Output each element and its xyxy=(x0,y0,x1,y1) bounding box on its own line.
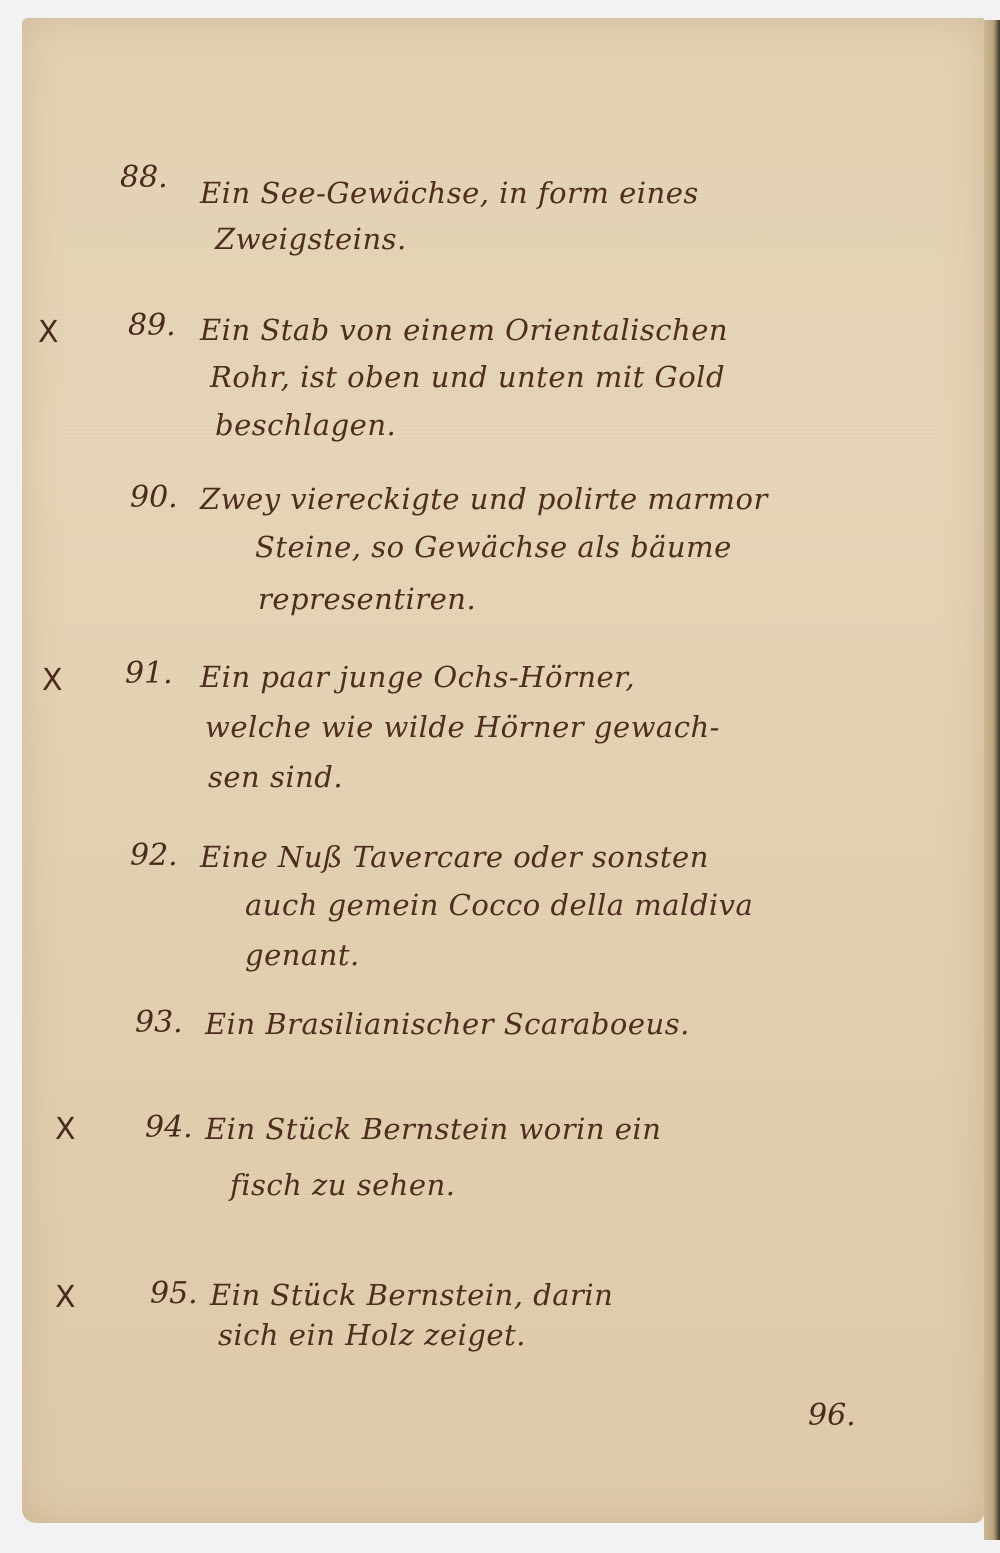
entry-number: 88. xyxy=(120,160,168,195)
entry-number: 93. xyxy=(135,1005,183,1040)
entry-text-line: Ein Stück Bernstein worin ein xyxy=(205,1112,661,1146)
entry-text-line: beschlagen. xyxy=(215,408,396,442)
entry-text-line: Ein Stab von einem Orientalischen xyxy=(200,313,728,347)
entry-text-line: genant. xyxy=(245,938,360,972)
book-binding-edge xyxy=(984,20,1000,1540)
entry-text-line: Rohr, ist oben und unten mit Gold xyxy=(210,360,725,394)
entry-number: 90. xyxy=(130,480,178,515)
entry-number: 92. xyxy=(130,838,178,873)
check-mark-x: X xyxy=(38,315,59,350)
entry-text-line: Ein paar junge Ochs-Hörner, xyxy=(200,660,635,694)
entry-text-line: Zweigsteins. xyxy=(215,222,407,256)
check-mark-x: X xyxy=(55,1112,76,1147)
entry-text-line: Ein Stück Bernstein, darin xyxy=(210,1278,613,1312)
entry-text-line: Eine Nuß Tavercare oder sonsten xyxy=(200,840,709,874)
catchword: 96. xyxy=(808,1398,856,1433)
check-mark-x: X xyxy=(55,1280,76,1315)
entry-text-line: Zwey viereckigte und polirte marmor xyxy=(200,482,768,516)
entry-text-line: Ein Brasilianischer Scaraboeus. xyxy=(205,1007,690,1041)
entry-text-line: auch gemein Cocco della maldiva xyxy=(245,888,753,922)
entry-text-line: fisch zu sehen. xyxy=(230,1168,455,1202)
entry-text-line: sich ein Holz zeiget. xyxy=(218,1318,526,1352)
entry-text-line: representiren. xyxy=(258,582,476,616)
entry-text-line: sen sind. xyxy=(208,760,343,794)
entry-text-line: Ein See-Gewächse, in form eines xyxy=(200,176,699,210)
entry-number: 94. xyxy=(145,1110,193,1145)
entry-number: 95. xyxy=(150,1276,198,1311)
entry-number: 89. xyxy=(128,308,176,343)
check-mark-x: X xyxy=(42,663,63,698)
entry-text-line: welche wie wilde Hörner gewach- xyxy=(205,710,720,744)
entry-number: 91. xyxy=(125,656,173,691)
entry-text-line: Steine, so Gewächse als bäume xyxy=(255,530,732,564)
